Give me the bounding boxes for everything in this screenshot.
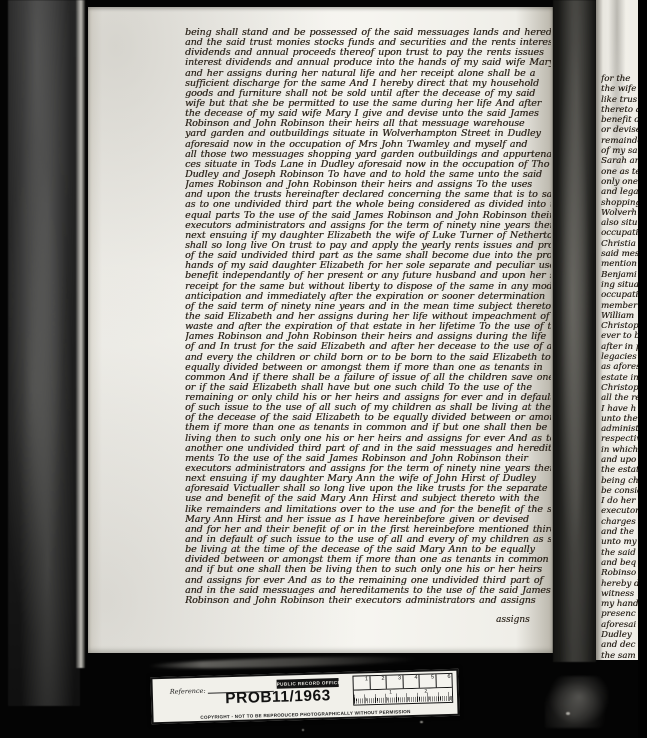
manuscript-line: or if the said Elizabeth shall have but … — [185, 383, 551, 393]
adjacent-line: ing situa — [601, 280, 638, 290]
adjacent-line: also situ — [601, 218, 638, 228]
adjacent-line: all the re — [601, 393, 638, 403]
manuscript-line: of and In trust for the said Elizabeth a… — [185, 342, 551, 352]
adjacent-page-strip: for thethe wifelike trusthereto abenefit… — [596, 0, 638, 660]
page-edge-highlight — [76, 0, 85, 668]
ruler-tick-number: 2 — [424, 689, 427, 695]
manuscript-line: executors administrators and assigns for… — [185, 464, 551, 474]
manuscript-line: ces situate in Tods Lane in Dudley afore… — [185, 160, 551, 170]
manuscript-line: living then to such only one his or her … — [185, 434, 551, 444]
manuscript-line: Dudley and Joseph Robinson To have and t… — [185, 170, 551, 180]
manuscript-line: use and benefit of the said Mary Ann Hir… — [185, 494, 551, 504]
manuscript-line: of the said term of ninety nine years an… — [185, 302, 551, 312]
adjacent-line: after in p — [601, 342, 638, 352]
ruler-tick-number: 1 — [389, 690, 392, 696]
manuscript-line: aforesaid now in the occupation of Mrs J… — [185, 140, 551, 150]
copyright-notice: COPYRIGHT - NOT TO BE REPRODUCED PHOTOGR… — [153, 708, 457, 721]
adjacent-line: like trus — [601, 95, 638, 105]
adjacent-line: and the — [601, 527, 638, 537]
page-gutter-shadow — [553, 0, 596, 662]
adjacent-line: mention — [601, 259, 638, 269]
manuscript-line: all those two messuages shopping yard ga… — [185, 150, 551, 160]
adjacent-line: the sam — [601, 651, 638, 660]
adjacent-line: as afores — [601, 362, 638, 372]
adjacent-line: occupati — [601, 228, 638, 238]
manuscript-line: the decease of my said wife Mary I give … — [185, 109, 551, 119]
manuscript-line: them if more than one as tenants in comm… — [185, 423, 551, 433]
photographic-ruler: 123456 1 2 — [352, 673, 453, 706]
manuscript-line: of the decease of the said Elizabeth to … — [185, 413, 551, 423]
catchword: assigns — [496, 615, 530, 625]
manuscript-line: interest dividends and annual produce in… — [185, 58, 551, 68]
manuscript-line: and the said trust monies stocks funds a… — [185, 38, 551, 48]
manuscript-line: and assigns for ever And as to the remai… — [185, 576, 551, 586]
adjacent-line: or devise — [601, 125, 638, 135]
adjacent-line: only one — [601, 177, 638, 187]
adjacent-line: my hand — [601, 599, 638, 609]
manuscript-line: common And if there shall be a failure o… — [185, 373, 551, 383]
adjacent-line: for the — [601, 74, 638, 84]
film-speck — [302, 729, 304, 731]
microfilm-scan: being shall stand and be possessed of th… — [0, 0, 647, 738]
adjacent-line: and dec — [601, 640, 638, 650]
manuscript-line: equal parts To the use of the said James… — [185, 211, 551, 221]
adjacent-line: hereby d — [601, 579, 638, 589]
adjacent-line: charges — [601, 517, 638, 527]
manuscript-line: be living at the time of the decease of … — [185, 545, 551, 555]
film-blotch — [545, 676, 613, 728]
manuscript-page: being shall stand and be possessed of th… — [88, 7, 553, 653]
manuscript-line: and in default of such issue to the use … — [185, 535, 551, 545]
manuscript-line: the said Elizabeth and her assigns durin… — [185, 312, 551, 322]
adjacent-line: thereto a — [601, 105, 638, 115]
adjacent-line: the wife — [601, 84, 638, 94]
ruler-cell: 3 — [386, 675, 403, 688]
adjacent-line: Christop — [601, 383, 638, 393]
manuscript-line: equally divided between or amongst them … — [185, 363, 551, 373]
ruler-tick-scale: 1 2 — [354, 688, 452, 704]
adjacent-line: benefit o — [601, 115, 638, 125]
manuscript-line: being shall stand and be possessed of th… — [185, 28, 551, 38]
adjacent-line: I do her — [601, 496, 638, 506]
manuscript-line: next ensuing if my daughter Elizabeth th… — [185, 231, 551, 241]
adjacent-line: administ — [601, 424, 638, 434]
manuscript-line: James Robinson and John Robinson their h… — [185, 180, 551, 190]
adjacent-line: shopping — [601, 198, 638, 208]
adjacent-line: William — [601, 311, 638, 321]
adjacent-line: said mes — [601, 249, 638, 259]
manuscript-line: goods and furniture shall not be sold un… — [185, 89, 551, 99]
manuscript-line: benefit independantly of her present or … — [185, 271, 551, 281]
adjacent-line: unto the — [601, 414, 638, 424]
manuscript-line: Robinson and John Robinson their executo… — [185, 596, 551, 606]
manuscript-line: receipt for the same but without liberty… — [185, 282, 551, 292]
manuscript-line: next ensuing if my daughter Mary Ann the… — [185, 474, 551, 484]
manuscript-line: and for her and their benefit of or in t… — [185, 525, 551, 535]
adjacent-line: unto my — [601, 537, 638, 547]
manuscript-line: and if but one shall then be living then… — [185, 565, 551, 575]
adjacent-line: Christop — [601, 321, 638, 331]
adjacent-line: I have h — [601, 404, 638, 414]
adjacent-line: legacies — [601, 352, 638, 362]
adjacent-line: of my sa — [601, 146, 638, 156]
adjacent-line: presenc — [601, 609, 638, 619]
manuscript-line: and every the children or child born or … — [185, 353, 551, 363]
adjacent-line: Dudley — [601, 630, 638, 640]
adjacent-line: Wolverh — [601, 208, 638, 218]
adjacent-line: occupatio — [601, 290, 638, 300]
film-binding-edge — [8, 0, 80, 706]
manuscript-line: as to one undivided third part the whole… — [185, 200, 551, 210]
manuscript-line: divided between or amongst them if more … — [185, 555, 551, 565]
manuscript-line: hands of my said daughter Elizabeth for … — [185, 261, 551, 271]
adjacent-line: and upo — [601, 455, 638, 465]
adjacent-line: in which — [601, 445, 638, 455]
manuscript-line: Mary Ann Hirst and her issue as I have h… — [185, 515, 551, 525]
manuscript-line: dividends and annual proceeds thereof up… — [185, 48, 551, 58]
adjacent-text-block: for thethe wifelike trusthereto abenefit… — [601, 74, 638, 660]
manuscript-line: of such issue to the use of all such of … — [185, 403, 551, 413]
manuscript-line: remaining or only child his or her heirs… — [185, 393, 551, 403]
manuscript-line: of the said undivided third part as the … — [185, 251, 551, 261]
reference-label: Reference: — [170, 687, 206, 696]
adjacent-line: remainde — [601, 136, 638, 146]
ruler-cell: 6 — [436, 674, 452, 687]
adjacent-line: respectiv — [601, 434, 638, 444]
manuscript-line: Robinson and John Robinson their heirs a… — [185, 119, 551, 129]
film-smudge — [148, 654, 418, 670]
manuscript-line: and her assigns during her natural life … — [185, 69, 551, 79]
adjacent-line: Benjami — [601, 270, 638, 280]
manuscript-line: shall so long live On trust to pay and a… — [185, 241, 551, 251]
adjacent-line: executor — [601, 506, 638, 516]
film-speck — [566, 712, 570, 715]
manuscript-line: sufficient discharge for the same And I … — [185, 79, 551, 89]
reference-number: PROB11/1963 — [213, 687, 343, 709]
adjacent-line: the estat — [601, 465, 638, 475]
film-speck — [420, 721, 423, 723]
frame-right-edge — [638, 0, 647, 738]
ruler-cell: 4 — [403, 675, 420, 688]
adjacent-line: being ch — [601, 476, 638, 486]
adjacent-line: Christia — [601, 239, 638, 249]
manuscript-line: and upon the trusts hereinafter declared… — [185, 190, 551, 200]
manuscript-line: aforesaid Victualler shall so long live … — [185, 484, 551, 494]
adjacent-line: Robinso — [601, 568, 638, 578]
manuscript-line: wife but that she be permitted to use th… — [185, 99, 551, 109]
manuscript-line: executors administrators and assigns for… — [185, 221, 551, 231]
adjacent-line: member — [601, 301, 638, 311]
manuscript-line: and in the said messuages and hereditame… — [185, 586, 551, 596]
adjacent-line: one as te — [601, 167, 638, 177]
ruler-cell: 1 — [353, 676, 370, 689]
manuscript-line: waste and after the expiration of that e… — [185, 322, 551, 332]
manuscript-line: ments To the use of the said James Robin… — [185, 454, 551, 464]
manuscript-line: another one undivided third part of and … — [185, 444, 551, 454]
manuscript-line: anticipation and immediately after the e… — [185, 292, 551, 302]
manuscript-text-block: being shall stand and be possessed of th… — [185, 28, 551, 606]
adjacent-line: Sarah an — [601, 156, 638, 166]
manuscript-line: James Robinson and John Robinson their h… — [185, 332, 551, 342]
adjacent-line: estate in — [601, 373, 638, 383]
adjacent-line: be consid — [601, 486, 638, 496]
ruler-cell: 2 — [370, 676, 387, 689]
adjacent-line: and lega — [601, 187, 638, 197]
adjacent-line: ever to b — [601, 331, 638, 341]
manuscript-line: yard garden and outbuildings situate in … — [185, 129, 551, 139]
manuscript-line: like remainders and limitations over to … — [185, 505, 551, 515]
adjacent-line: witness — [601, 589, 638, 599]
adjacent-line: the said — [601, 548, 638, 558]
ruler-cell: 5 — [419, 674, 436, 687]
reference-strip: Reference: PUBLIC RECORD OFFICE PROB11/1… — [150, 669, 459, 725]
adjacent-line: aforesai — [601, 620, 638, 630]
adjacent-line: and beq — [601, 558, 638, 568]
